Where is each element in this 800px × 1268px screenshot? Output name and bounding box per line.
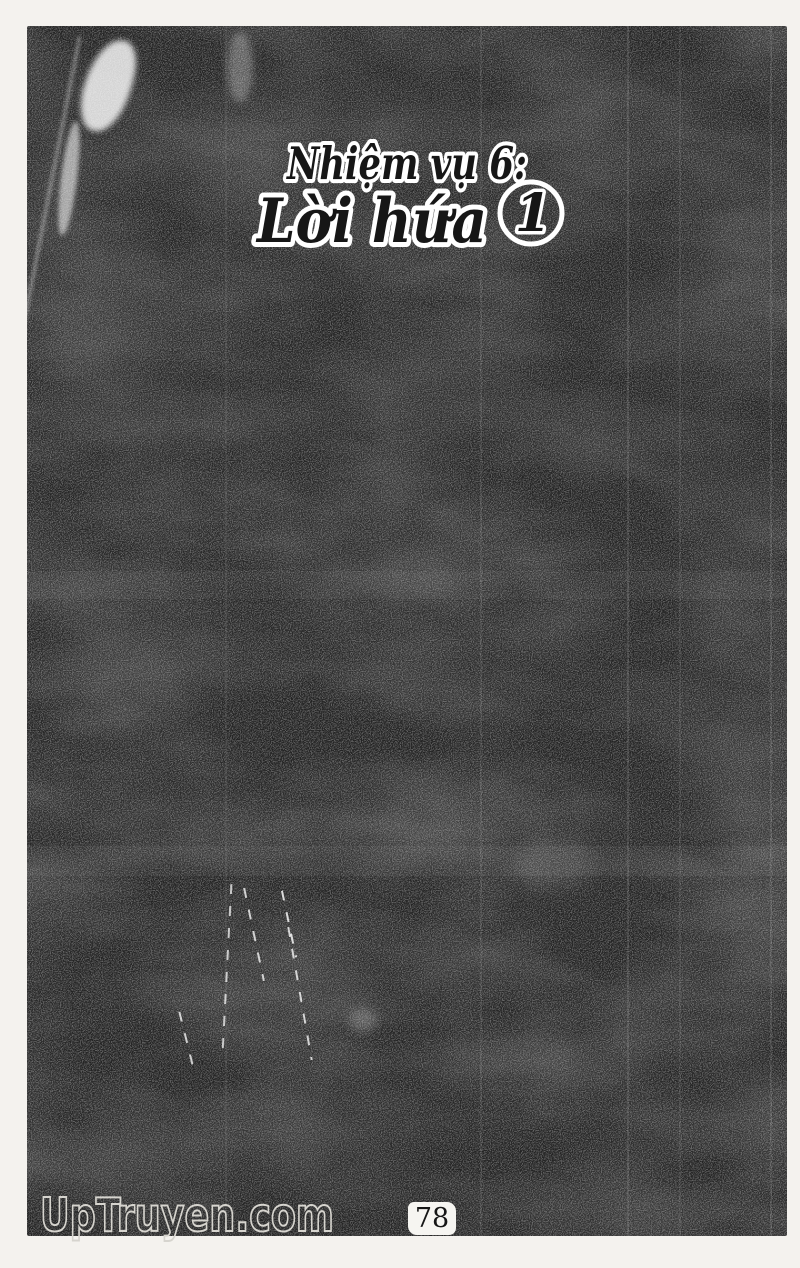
light-blob xyxy=(349,1008,377,1032)
page-number: 78 xyxy=(415,1205,449,1232)
scanned-manga-page xyxy=(27,26,787,1236)
vertical-streak xyxy=(225,26,227,1236)
page-number-badge: 78 xyxy=(408,1202,456,1235)
scratch-mark xyxy=(227,32,253,102)
light-band xyxy=(27,571,787,599)
vertical-streak xyxy=(679,26,681,1236)
vertical-streak xyxy=(480,26,482,1236)
scan-noise-texture xyxy=(27,26,787,1236)
light-blob xyxy=(515,838,595,890)
vertical-streak xyxy=(627,26,629,1236)
vertical-streak xyxy=(770,26,772,1236)
light-band xyxy=(27,846,787,876)
